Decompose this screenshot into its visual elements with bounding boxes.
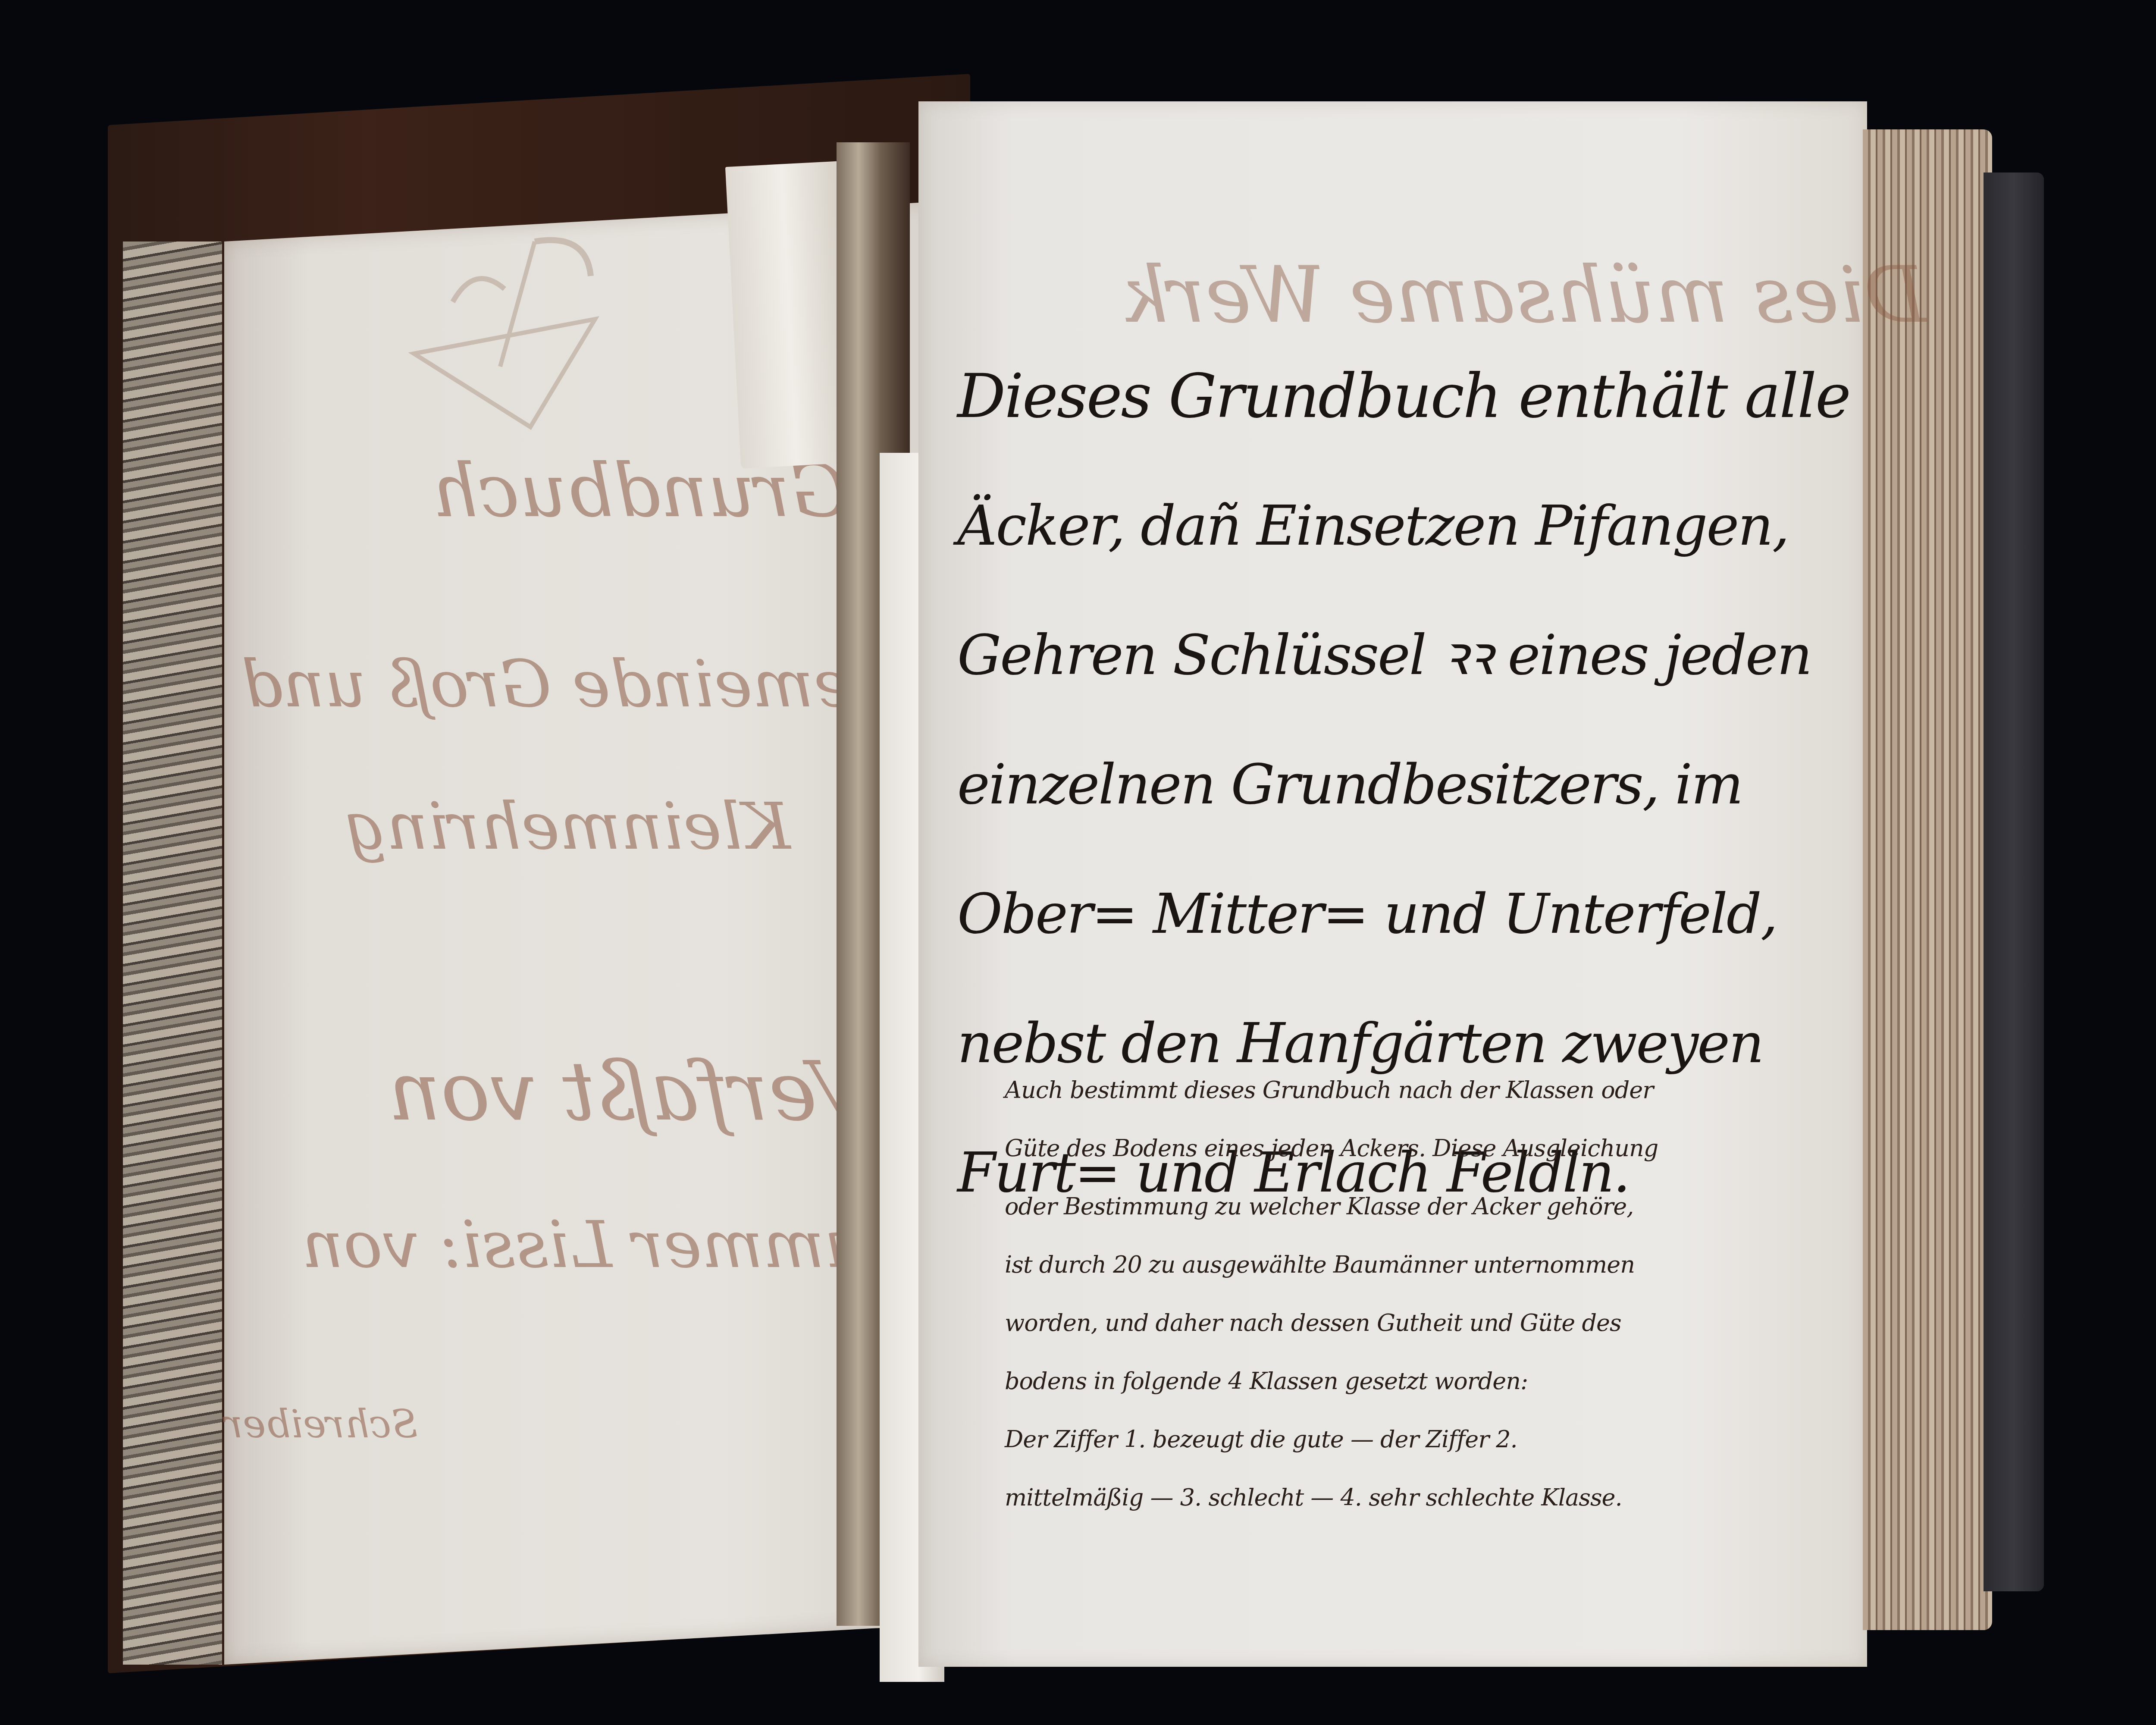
kurrent-paragraph: Auch bestimmt dieses Grundbuch nach der … [1005, 1061, 1824, 1527]
offset-heading: Dies mühsame Werk [1121, 250, 1926, 340]
offset-line: Gemeinde Groß und [241, 647, 904, 722]
paragraph-line: mittelmäßig — 3. schlecht — 4. sehr schl… [1005, 1468, 1824, 1527]
paragraph-line: worden, und daher nach dessen Gutheit un… [1005, 1294, 1824, 1352]
offset-line: Kleinmehring [345, 789, 790, 864]
boat-sketch-icon [388, 224, 625, 431]
offset-line: Sammer Lissi: von [302, 1207, 907, 1283]
heading-line: Dieses Grundbuch enthält alle [957, 332, 1820, 461]
paragraph-line: Der Ziffer 1. bezeugt die gute — der Zif… [1005, 1410, 1824, 1468]
paragraph-line: Auch bestimmt dieses Grundbuch nach der … [1005, 1061, 1824, 1119]
heading-line: Ober= Mitter= und Unterfeld, [957, 850, 1820, 979]
back-cover-board [1984, 172, 2044, 1591]
marbled-endpaper-edge [123, 241, 222, 1665]
page-block-fore-edge [1863, 129, 1992, 1630]
heading-line: Äcker, dañ Einsetzen Pifangen, [957, 461, 1820, 591]
offset-line: Schreiber [224, 1402, 418, 1447]
torn-paper-flap [725, 161, 853, 469]
heading-line: einzelnen Grundbesitzers, im [957, 720, 1820, 850]
paragraph-line: ist durch 20 zu ausgewählte Baumänner un… [1005, 1236, 1824, 1294]
offset-line: Verfaßt von [388, 1044, 868, 1139]
paragraph-line: Güte des Bodens eines jeden Ackers. Dies… [1005, 1119, 1824, 1177]
heading-line: Gehren Schlüssel ꝛꝛ eines jeden [957, 591, 1820, 720]
paragraph-line: bodens in folgende 4 Klassen gesetzt wor… [1005, 1352, 1824, 1410]
paragraph-line: oder Bestimmung zu welcher Klasse der Ac… [1005, 1177, 1824, 1236]
